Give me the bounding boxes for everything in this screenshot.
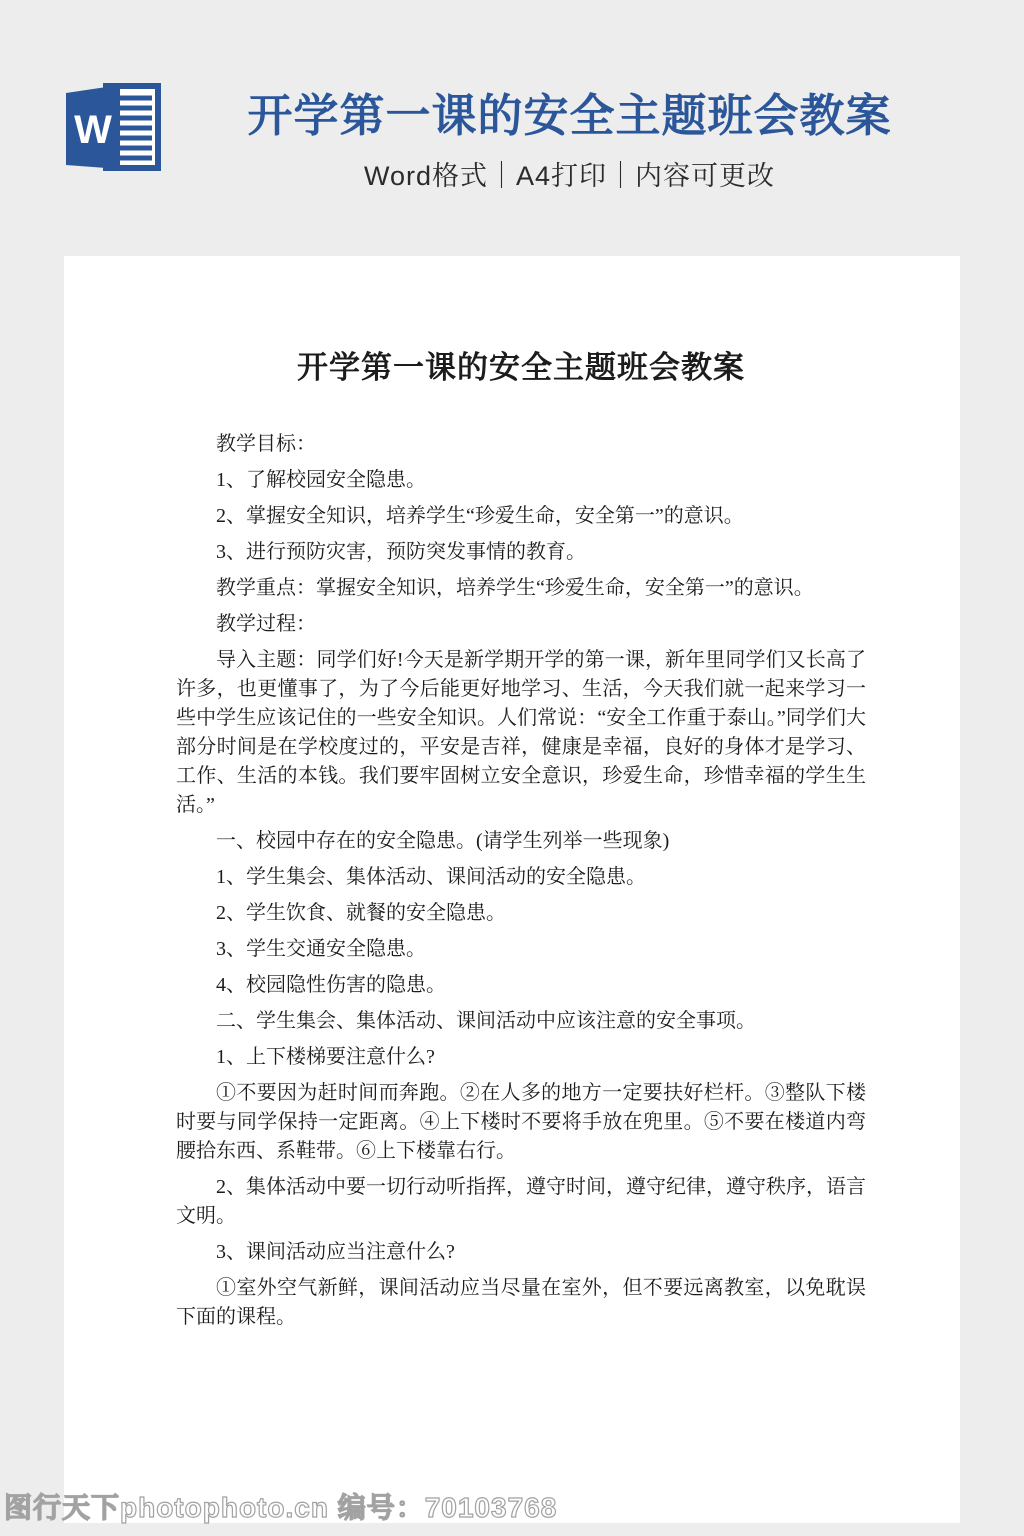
paragraph: 导入主题：同学们好!今天是新学期开学的第一课，新年里同学们又长高了许多，也更懂事… [176, 646, 866, 820]
word-logo-icon: W [62, 82, 162, 172]
paragraph: 2、学生饮食、就餐的安全隐患。 [176, 899, 866, 928]
paragraph: ①不要因为赶时间而奔跑。②在人多的地方一定要扶好栏杆。③整队下楼时要与同学保持一… [176, 1079, 866, 1166]
header-text-block: 开学第一课的安全主题班会教案 Word格式｜A4打印｜内容可更改 [165, 90, 974, 193]
paragraph: 二、学生集会、集体活动、课间活动中应该注意的安全事项。 [176, 1007, 866, 1036]
paragraph: 教学目标： [176, 430, 866, 459]
template-subtitle: Word格式｜A4打印｜内容可更改 [165, 154, 974, 193]
document-page: 开学第一课的安全主题班会教案 教学目标： 1、了解校园安全隐患。 2、掌握安全知… [64, 256, 960, 1523]
template-title: 开学第一课的安全主题班会教案 [165, 90, 974, 142]
site-watermark: 图行天下photophoto.cn 编号：70103768 [4, 1486, 557, 1526]
paragraph: 2、集体活动中要一切行动听指挥，遵守时间，遵守纪律，遵守秩序，语言文明。 [176, 1173, 866, 1231]
paragraph: 1、学生集会、集体活动、课间活动的安全隐患。 [176, 863, 866, 892]
template-preview-page: { "colors": { "background": "#ededed", "… [0, 0, 1024, 1536]
document-content: 开学第一课的安全主题班会教案 教学目标： 1、了解校园安全隐患。 2、掌握安全知… [176, 346, 866, 1332]
paragraph: 一、校园中存在的安全隐患。(请学生列举一些现象) [176, 827, 866, 856]
word-logo-letter: W [74, 108, 112, 152]
paragraph: 3、学生交通安全隐患。 [176, 935, 866, 964]
paragraph: 3、进行预防灾害，预防突发事情的教育。 [176, 538, 866, 567]
paragraph: 1、上下楼梯要注意什么? [176, 1043, 866, 1072]
paragraph: 教学过程： [176, 610, 866, 639]
paragraph: 2、掌握安全知识，培养学生“珍爱生命，安全第一”的意识。 [176, 502, 866, 531]
paragraph: 教学重点：掌握安全知识，培养学生“珍爱生命，安全第一”的意识。 [176, 574, 866, 603]
paragraph: ①室外空气新鲜，课间活动应当尽量在室外，但不要远离教室，以免耽误下面的课程。 [176, 1274, 866, 1332]
paragraph: 3、课间活动应当注意什么? [176, 1238, 866, 1267]
header: W 开学第一课的安全主题班会教案 Word格式｜A4打印｜内容可更改 [0, 0, 1024, 256]
document-title: 开学第一课的安全主题班会教案 [176, 346, 866, 390]
paragraph: 1、了解校园安全隐患。 [176, 466, 866, 495]
paragraph: 4、校园隐性伤害的隐患。 [176, 971, 866, 1000]
